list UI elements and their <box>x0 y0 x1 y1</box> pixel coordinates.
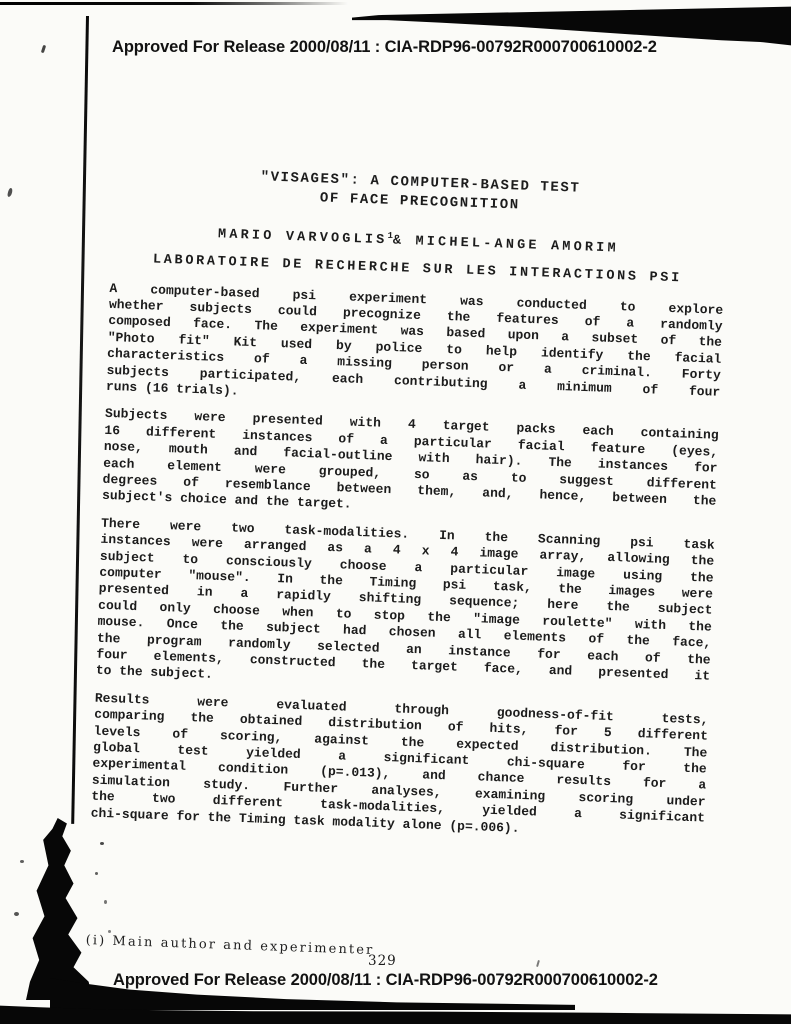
author-secondary: & MICHEL-ANGE AMORIM <box>393 234 619 257</box>
scan-speck <box>108 930 111 933</box>
paragraph: There were two task-modalities. In the S… <box>96 516 715 702</box>
paragraph: Results were evaluated through goodness-… <box>90 691 708 844</box>
scan-speck <box>100 842 104 845</box>
footnote: (i) Main author and experimenter <box>85 933 374 958</box>
approval-stamp-top: Approved For Release 2000/08/11 : CIA-RD… <box>112 38 657 57</box>
scan-mark <box>41 45 46 54</box>
scan-mark <box>7 188 13 198</box>
scan-speck <box>104 900 107 904</box>
paragraph: A computer-based psi experiment was cond… <box>106 280 724 417</box>
scan-artifact-top-line <box>0 2 348 5</box>
scan-speck <box>95 872 98 875</box>
paragraph: Subjects were presented with 4 target pa… <box>102 406 719 526</box>
abstract-paragraphs: A computer-based psi experiment was cond… <box>90 280 723 843</box>
scan-mark <box>536 960 540 967</box>
approval-stamp-bottom: Approved For Release 2000/08/11 : CIA-RD… <box>113 971 658 990</box>
author-primary: MARIO VARVOGLIS <box>218 227 388 248</box>
scan-speck <box>14 912 19 916</box>
scan-artifact-bottom-blob <box>26 818 92 1000</box>
scan-speck <box>20 860 24 863</box>
scanned-document-page: Approved For Release 2000/08/11 : CIA-RD… <box>0 0 791 1024</box>
scan-artifact-left-line <box>71 16 88 824</box>
typed-document-content: "VISAGES": A COMPUTER-BASED TEST OF FACE… <box>90 163 727 844</box>
page-number: 329 <box>368 953 397 969</box>
